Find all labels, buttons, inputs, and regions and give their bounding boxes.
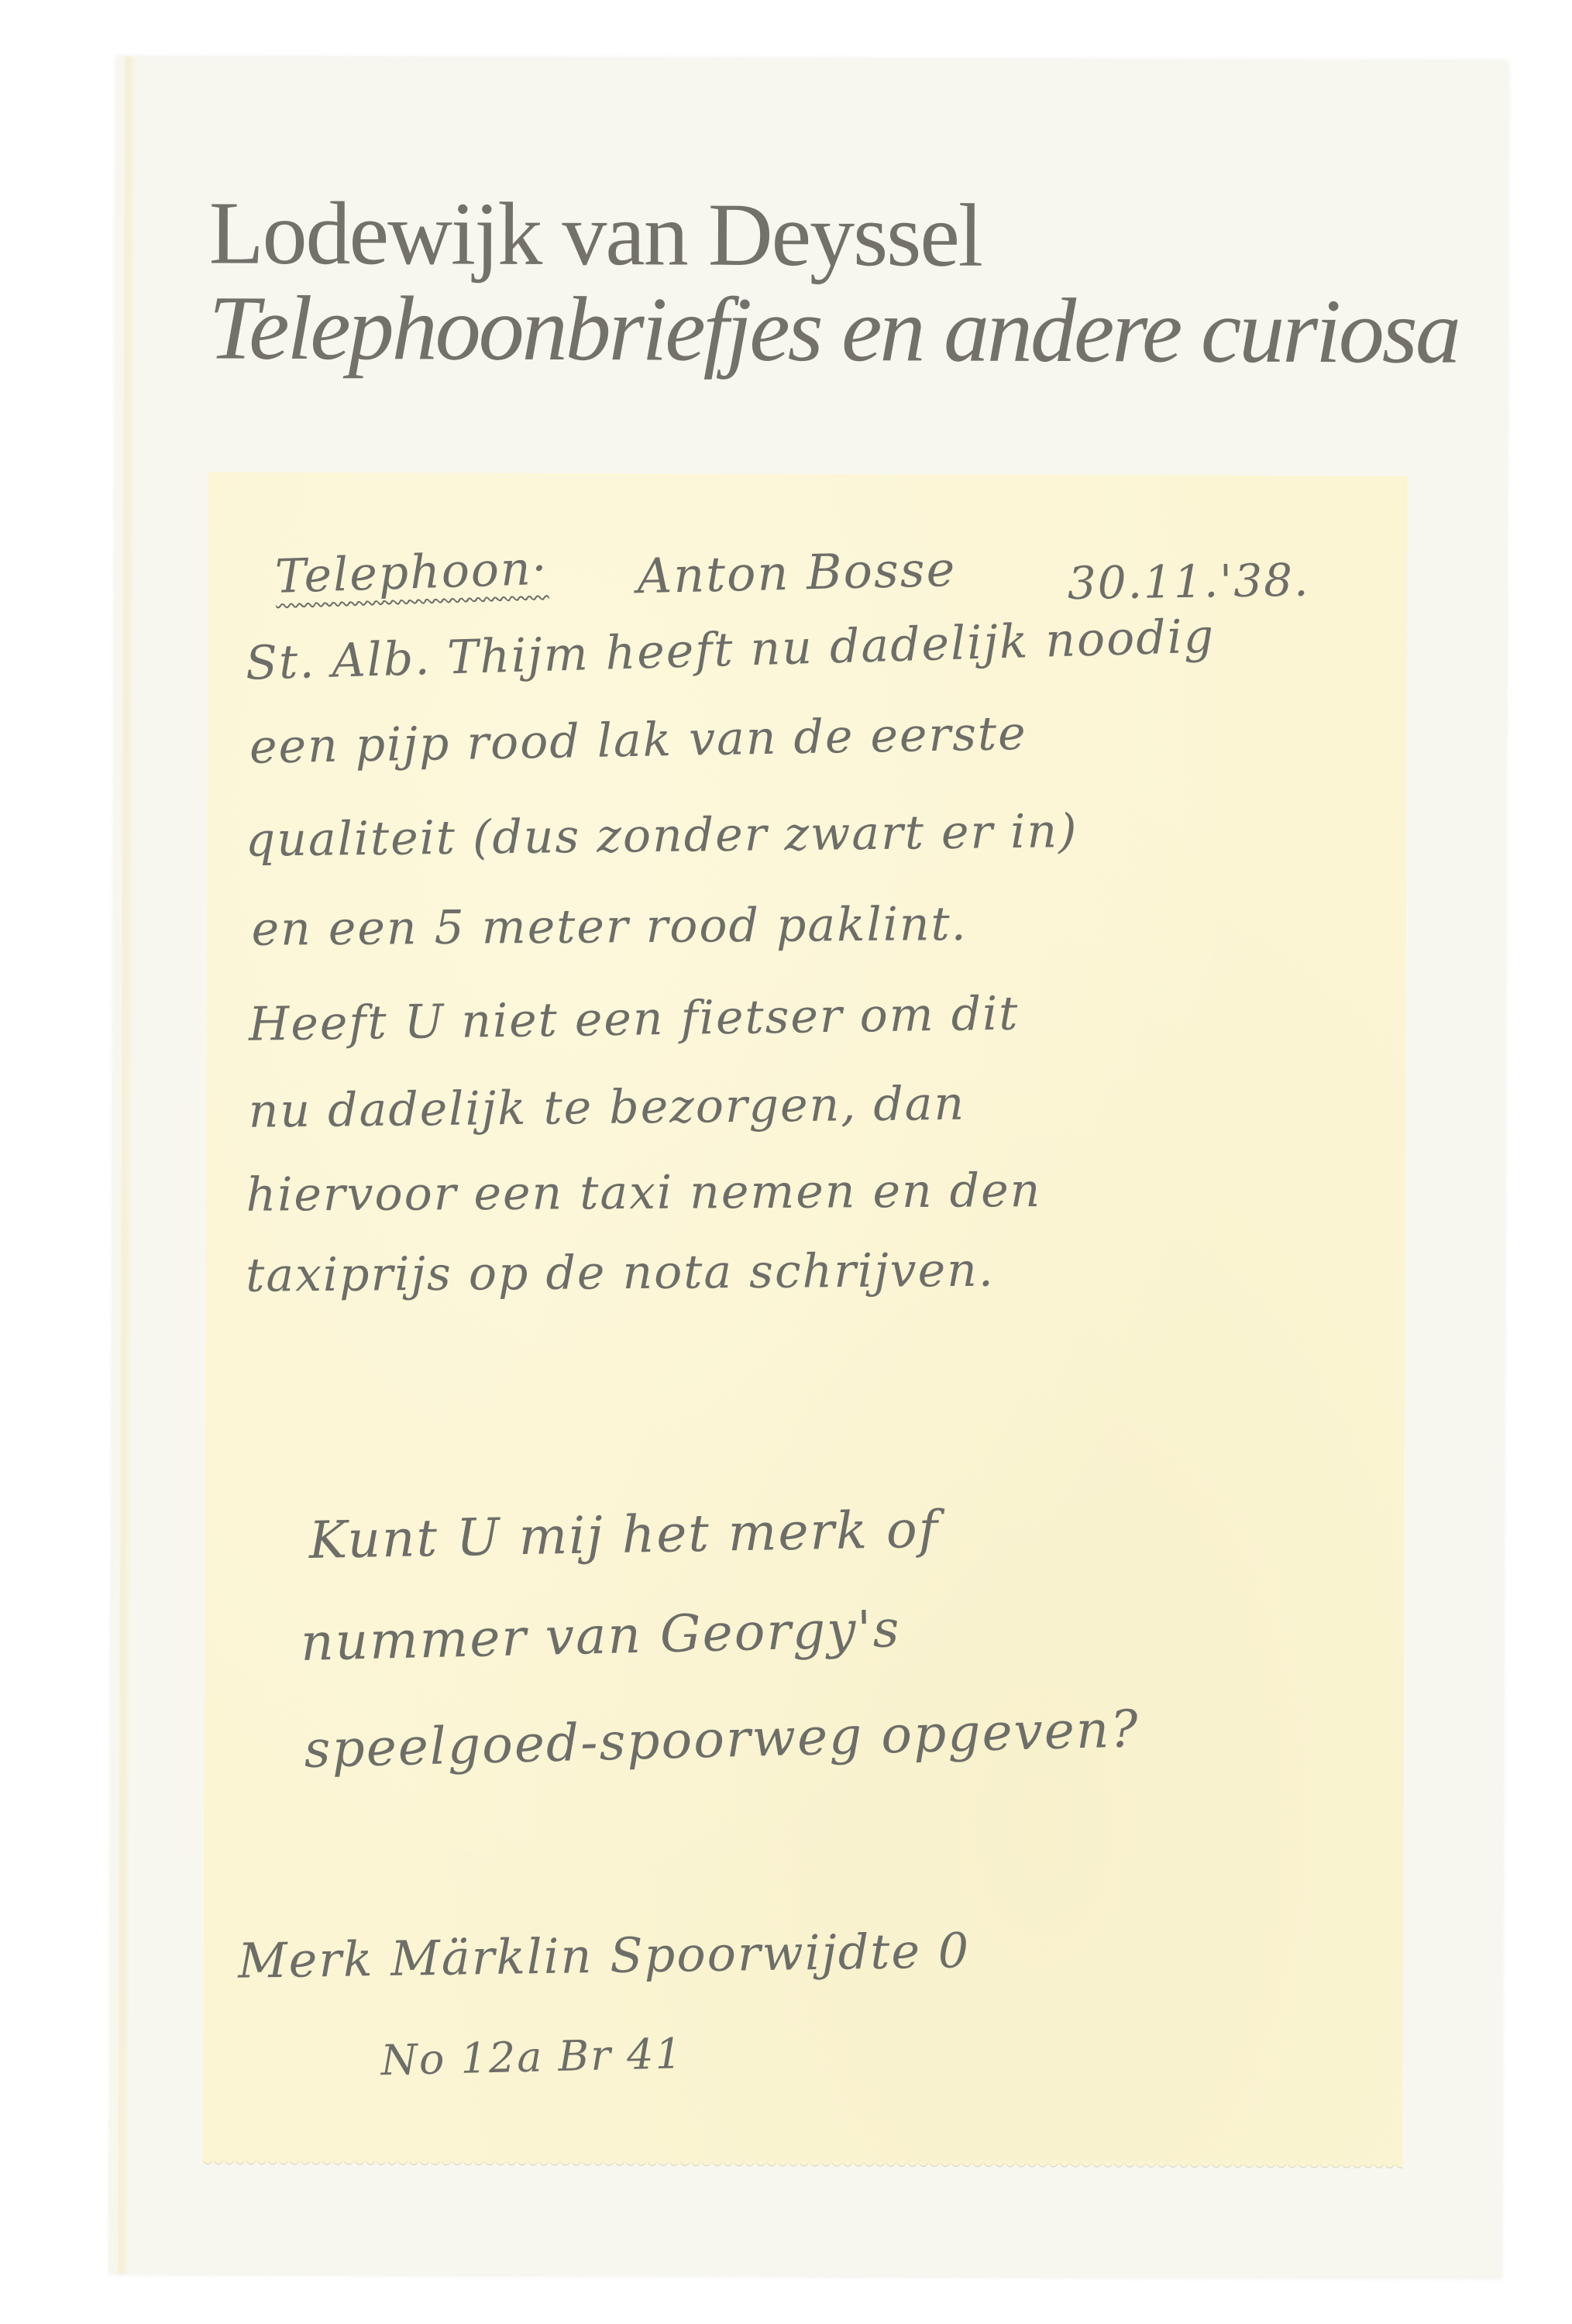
note-line: een pijp rood lak van de eerste (249, 706, 1027, 775)
note-line: hiervoor een taxi nemen en den (246, 1164, 1041, 1222)
note-line: St. Alb. Thijm heeft nu dadelijk noodig (245, 609, 1216, 690)
note-line: en een 5 meter rood paklint. (251, 897, 968, 957)
question-line: Kunt U mij het merk of (308, 1500, 940, 1570)
question-line: nummer van Georgy's (300, 1599, 901, 1673)
spine-fold (118, 57, 136, 2274)
note-line: qualiteit (dus zonder zwart er in) (245, 804, 1078, 868)
book-cover: Lodewijk van Deyssel Telephoonbriefjes e… (110, 57, 1508, 2278)
note-line: taxiprijs op de nota schrijven. (246, 1243, 995, 1303)
note-header-date: 30.11.'38. (1067, 554, 1310, 610)
author-name: Lodewijk van Deyssel (209, 187, 1460, 284)
note-line: Heeft U niet een fietser om dit (248, 987, 1019, 1052)
cover-title-block: Lodewijk van Deyssel Telephoonbriefjes e… (208, 187, 1459, 380)
perforated-edge (203, 2160, 1402, 2173)
answer-line: Merk Märklin Spoorwijdte 0 (238, 1922, 971, 1989)
note-header-label: Telephoon· (274, 541, 549, 604)
handwritten-telephone-note: Telephoon· Anton Bosse 30.11.'38. St. Al… (203, 473, 1408, 2167)
note-header-caller: Anton Bosse (637, 541, 957, 604)
book-title: Telephoonbriefjes en andere curiosa (208, 280, 1459, 380)
answer-line: No 12a Br 41 (380, 2029, 684, 2085)
note-line: nu dadelijk te bezorgen, dan (248, 1077, 965, 1139)
question-line: speelgoed-spoorweg opgeven? (304, 1699, 1140, 1779)
